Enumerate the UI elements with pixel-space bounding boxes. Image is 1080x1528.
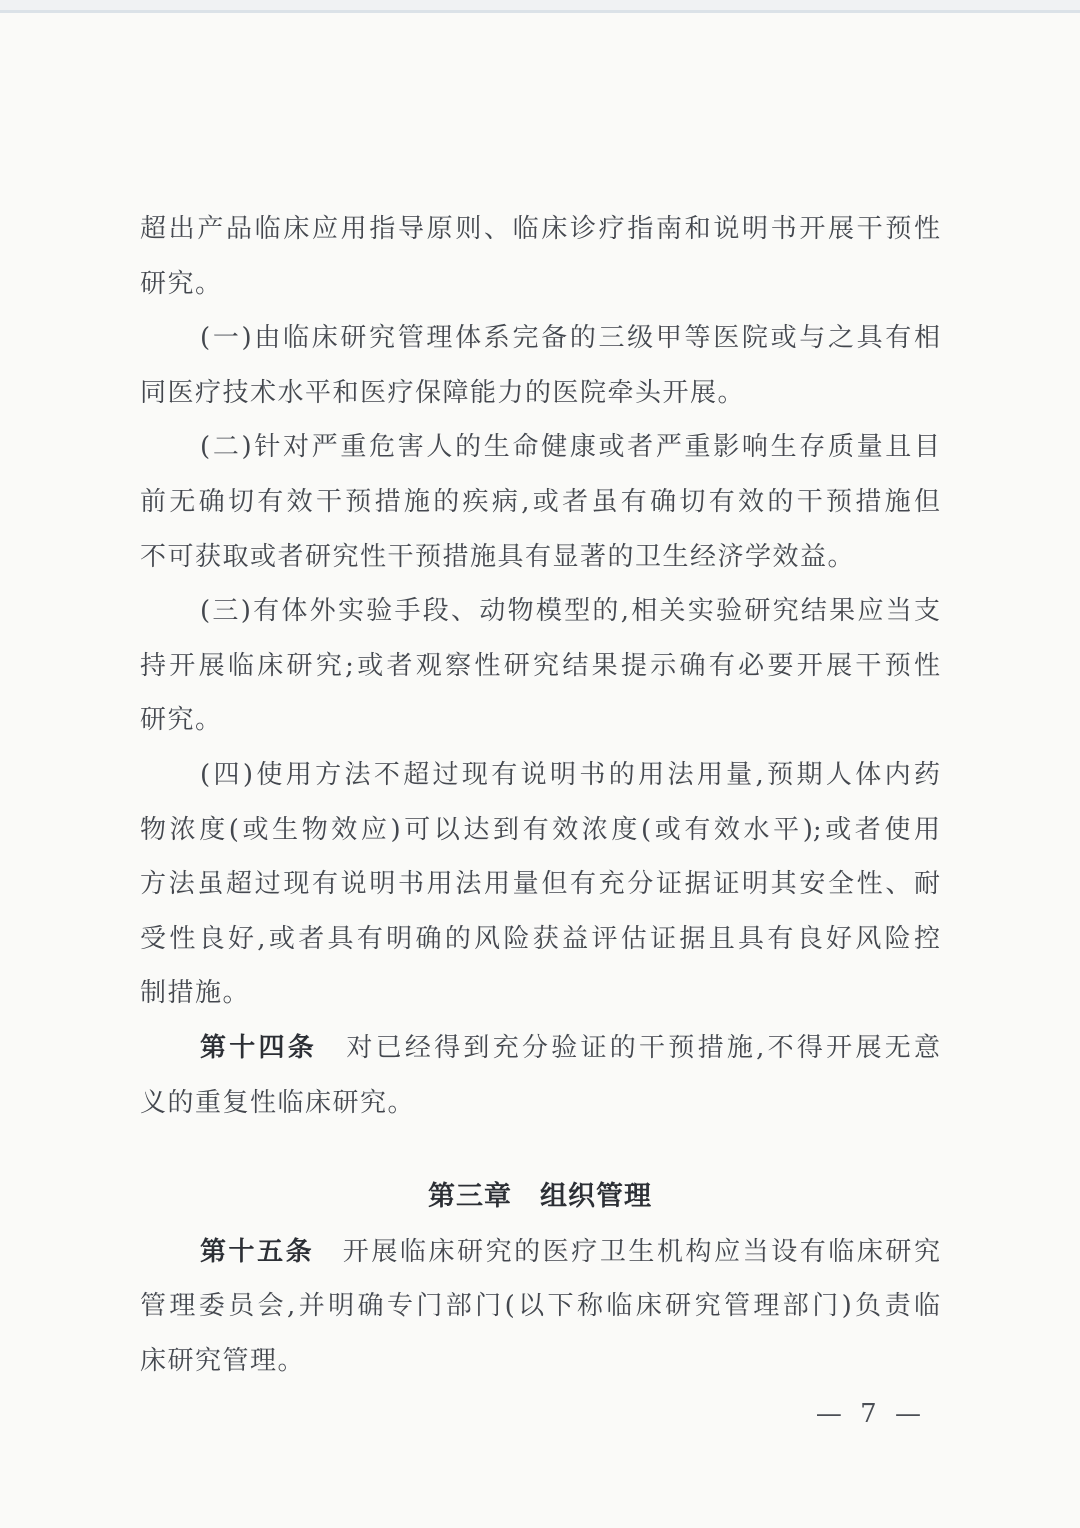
doc-line: (四)使用方法不超过现有说明书的用法用量,预期人体内药: [140, 748, 940, 803]
doc-line: 受性良好,或者具有明确的风险获益评估证据且具有良好风险控: [140, 912, 940, 967]
scanned-document-page: 超出产品临床应用指导原则、临床诊疗指南和说明书开展干预性 研究。 (一)由临床研…: [0, 0, 1080, 1528]
doc-line: 不可获取或者研究性干预措施具有显著的卫生经济学效益。: [140, 530, 940, 585]
doc-line: 床研究管理。: [140, 1334, 940, 1389]
doc-line: 研究。: [140, 693, 940, 748]
doc-line: (三)有体外实验手段、动物模型的,相关实验研究结果应当支: [140, 584, 940, 639]
article-number-label: 第十四条: [200, 1033, 317, 1063]
doc-line: 方法虽超过现有说明书用法用量但有充分证据证明其安全性、耐: [140, 857, 940, 912]
doc-line: 研究。: [140, 257, 940, 312]
document-body: 超出产品临床应用指导原则、临床诊疗指南和说明书开展干预性 研究。 (一)由临床研…: [140, 13, 940, 1436]
doc-line: 前无确切有效干预措施的疾病,或者虽有确切有效的干预措施但: [140, 475, 940, 530]
doc-line: 同医疗技术水平和医疗保障能力的医院牵头开展。: [140, 366, 940, 421]
doc-line: 制措施。: [140, 966, 940, 1021]
doc-line-article-14: 第十四条 对已经得到充分验证的干预措施,不得开展无意: [140, 1021, 940, 1076]
scan-top-edge: [0, 0, 1080, 13]
article-number-label: 第十五条: [200, 1237, 314, 1267]
doc-line-article-15: 第十五条 开展临床研究的医疗卫生机构应当设有临床研究: [140, 1225, 940, 1280]
doc-line: (二)针对严重危害人的生命健康或者严重影响生存质量且目: [140, 420, 940, 475]
doc-line: 义的重复性临床研究。: [140, 1076, 940, 1131]
doc-line: 物浓度(或生物效应)可以达到有效浓度(或有效水平);或者使用: [140, 803, 940, 858]
article-text: 对已经得到充分验证的干预措施,不得开展无意: [317, 1033, 940, 1063]
doc-line: 持开展临床研究;或者观察性研究结果提示确有必要开展干预性: [140, 639, 940, 694]
doc-line: (一)由临床研究管理体系完备的三级甲等医院或与之具有相: [140, 311, 940, 366]
doc-line: 超出产品临床应用指导原则、临床诊疗指南和说明书开展干预性: [140, 202, 940, 257]
article-text: 开展临床研究的医疗卫生机构应当设有临床研究: [314, 1237, 940, 1267]
chapter-heading: 第三章 组织管理: [140, 1170, 940, 1225]
page-number: — 7 —: [140, 1392, 940, 1436]
doc-line: 管理委员会,并明确专门部门(以下称临床研究管理部门)负责临: [140, 1279, 940, 1334]
